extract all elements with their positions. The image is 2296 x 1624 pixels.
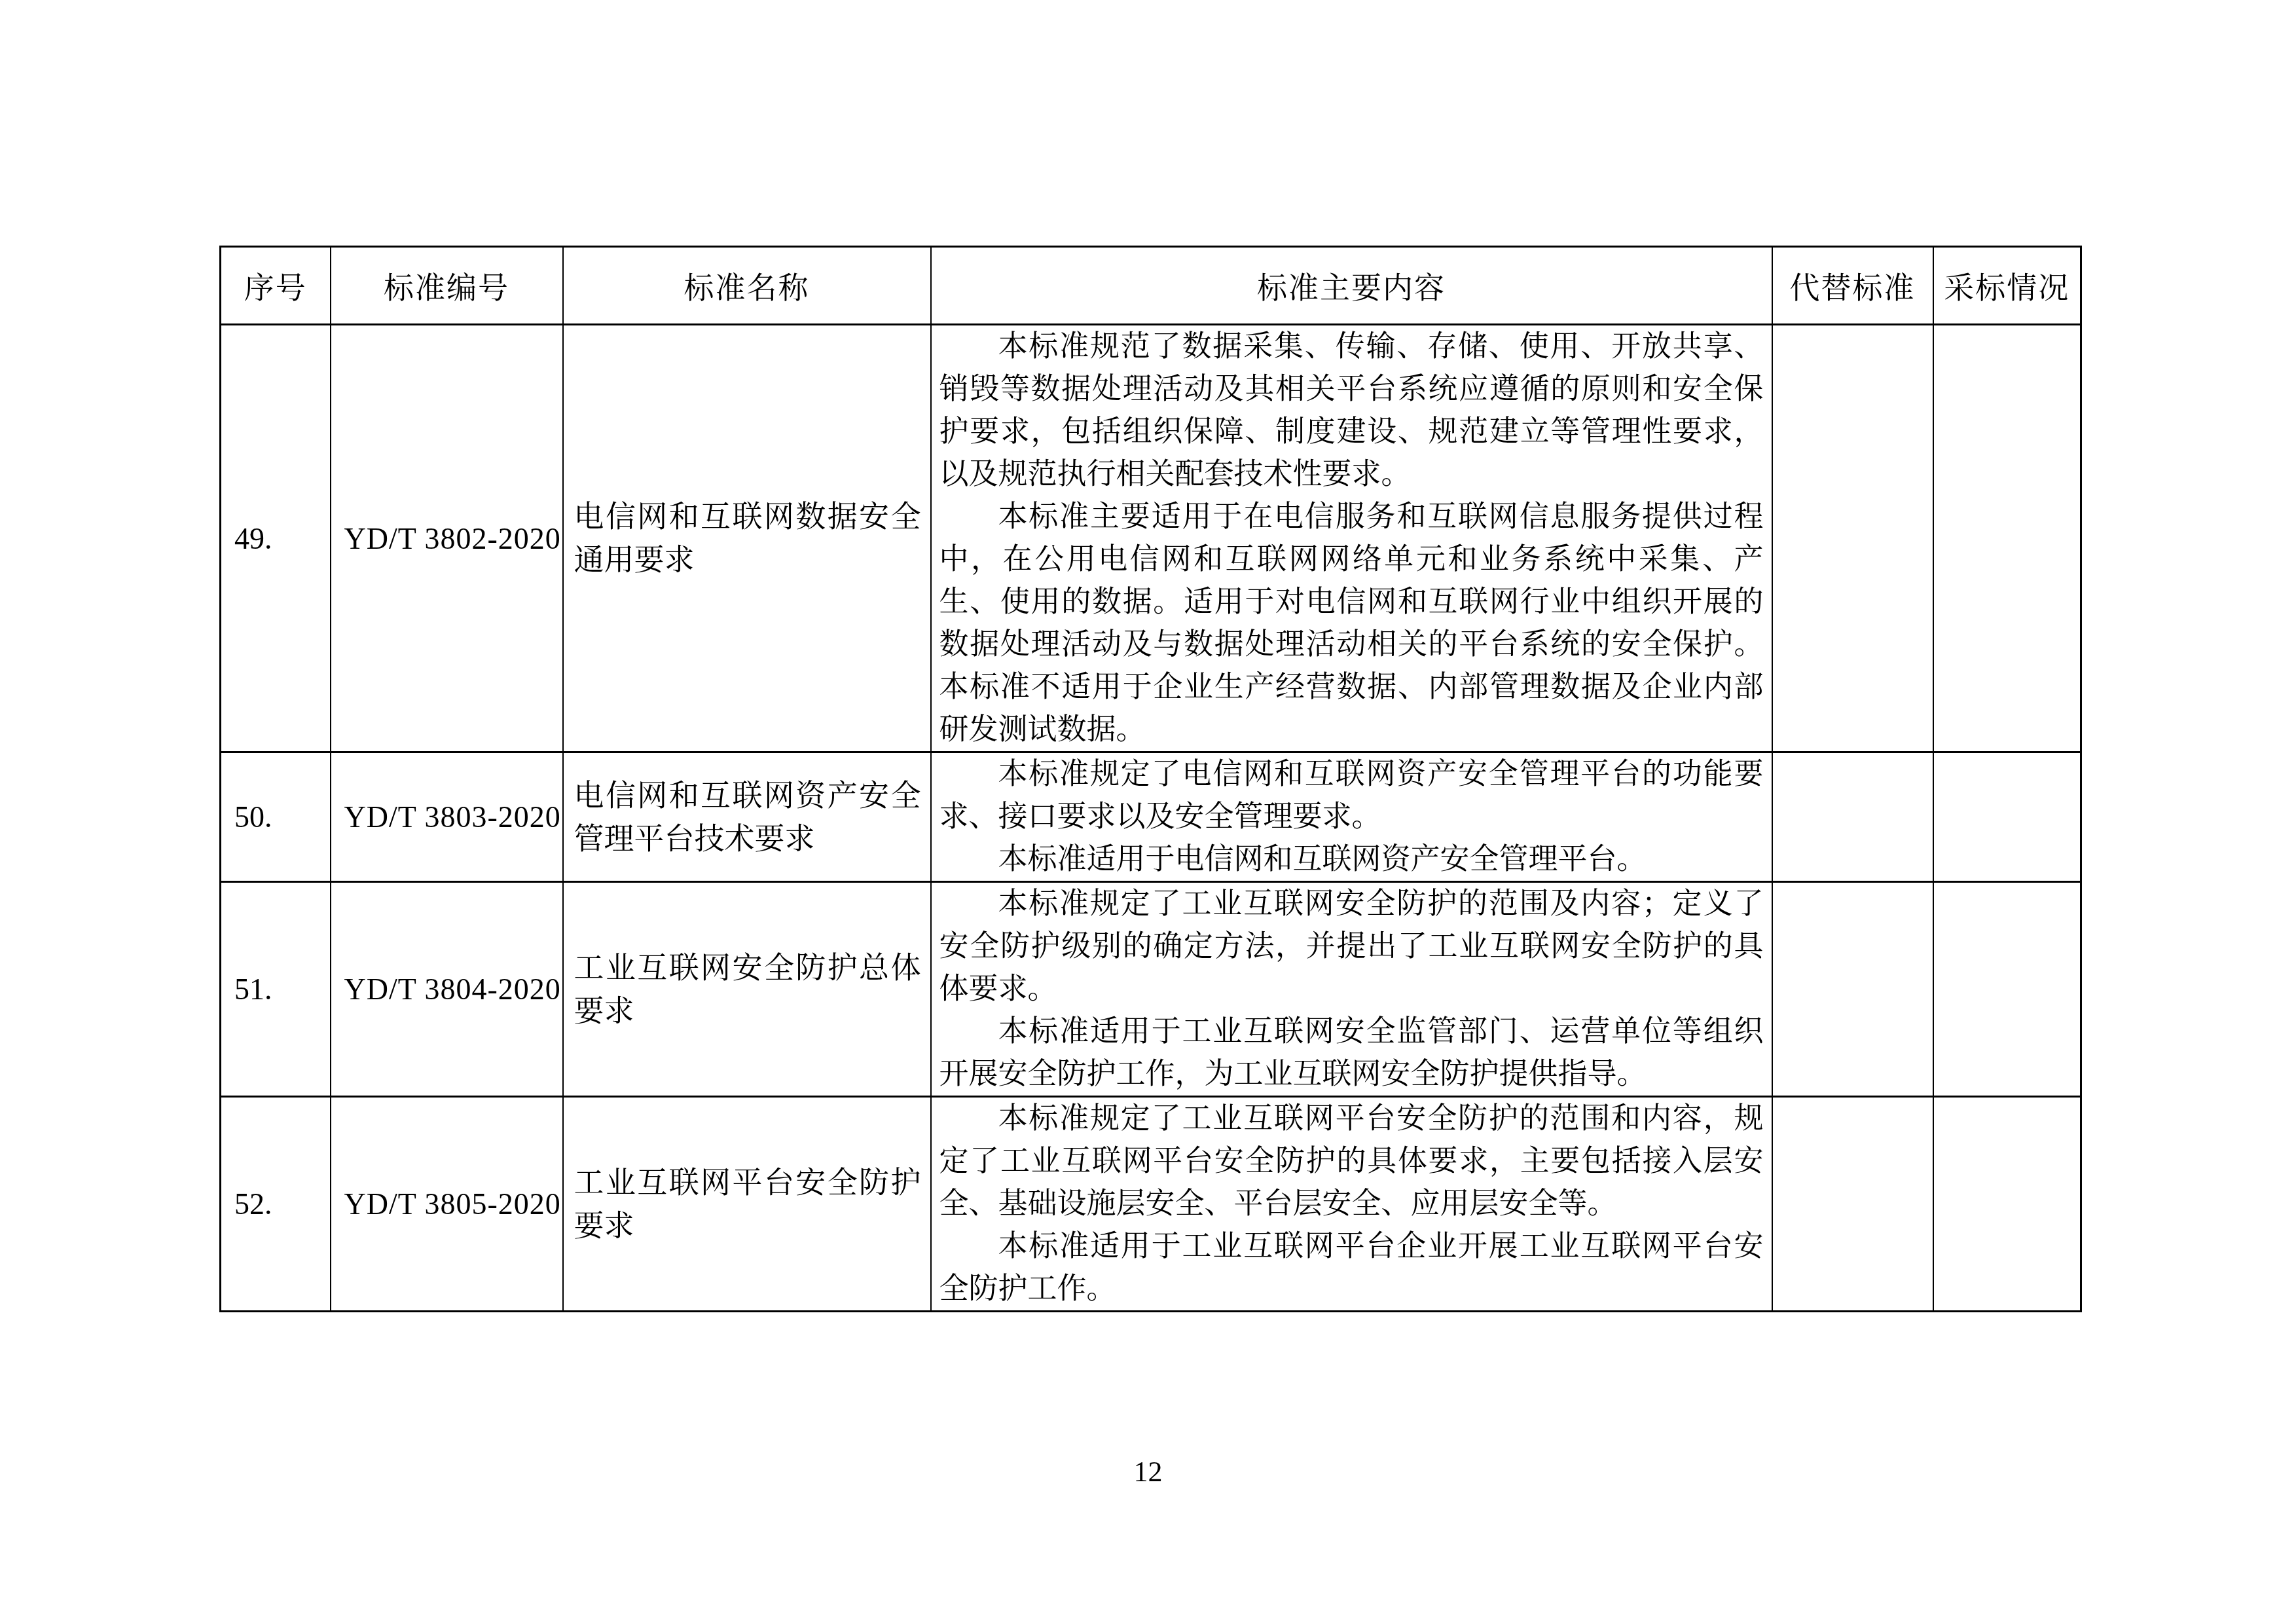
replaced-standard-cell (1772, 325, 1933, 752)
standard-name-cell: 电信网和互联网数据安全通用要求 (563, 325, 931, 752)
standard-content-cell: 本标准规定了电信网和互联网资产安全管理平台的功能要求、接口要求以及安全管理要求。… (931, 752, 1772, 882)
adoption-status-cell (1933, 882, 2081, 1097)
standard-code-cell: YD/T 3802-2020 (331, 325, 563, 752)
standard-code-cell: YD/T 3803-2020 (331, 752, 563, 882)
standard-name-cell: 工业互联网安全防护总体要求 (563, 882, 931, 1097)
standard-code-cell: YD/T 3805-2020 (331, 1097, 563, 1312)
table-row: 52. YD/T 3805-2020 工业互联网平台安全防护要求 本标准规定了工… (221, 1097, 2081, 1312)
standard-name-cell: 电信网和互联网资产安全管理平台技术要求 (563, 752, 931, 882)
adoption-status-cell (1933, 1097, 2081, 1312)
content-paragraph: 本标准规定了工业互联网平台安全防护的范围和内容，规定了工业互联网平台安全防护的具… (939, 1098, 1764, 1225)
replaced-standard-cell (1772, 882, 1933, 1097)
table-row: 49. YD/T 3802-2020 电信网和互联网数据安全通用要求 本标准规范… (221, 325, 2081, 752)
col-header-name: 标准名称 (563, 247, 931, 325)
col-header-replaced: 代替标准 (1772, 247, 1933, 325)
content-paragraph: 本标准规定了电信网和互联网资产安全管理平台的功能要求、接口要求以及安全管理要求。 (939, 753, 1764, 838)
standard-content-cell: 本标准规范了数据采集、传输、存储、使用、开放共享、销毁等数据处理活动及其相关平台… (931, 325, 1772, 752)
standard-content-cell: 本标准规定了工业互联网安全防护的范围及内容；定义了安全防护级别的确定方法，并提出… (931, 882, 1772, 1097)
serial-cell: 52. (221, 1097, 331, 1312)
col-header-code: 标准编号 (331, 247, 563, 325)
content-paragraph: 本标准规范了数据采集、传输、存储、使用、开放共享、销毁等数据处理活动及其相关平台… (939, 325, 1764, 496)
content-paragraph: 本标准适用于工业互联网安全监管部门、运营单位等组织开展安全防护工作，为工业互联网… (939, 1010, 1764, 1096)
header-row: 序号 标准编号 标准名称 标准主要内容 代替标准 采标情况 (221, 247, 2081, 325)
col-header-serial: 序号 (221, 247, 331, 325)
adoption-status-cell (1933, 325, 2081, 752)
replaced-standard-cell (1772, 1097, 1933, 1312)
replaced-standard-cell (1772, 752, 1933, 882)
standard-content-cell: 本标准规定了工业互联网平台安全防护的范围和内容，规定了工业互联网平台安全防护的具… (931, 1097, 1772, 1312)
table-row: 51. YD/T 3804-2020 工业互联网安全防护总体要求 本标准规定了工… (221, 882, 2081, 1097)
standard-name-cell: 工业互联网平台安全防护要求 (563, 1097, 931, 1312)
table-header-row: 序号 标准编号 标准名称 标准主要内容 代替标准 采标情况 (221, 247, 2081, 325)
col-header-adoption: 采标情况 (1933, 247, 2081, 325)
content-paragraph: 本标准主要适用于在电信服务和互联网信息服务提供过程中，在公用电信网和互联网网络单… (939, 496, 1764, 751)
content-paragraph: 本标准适用于工业互联网平台企业开展工业互联网平台安全防护工作。 (939, 1225, 1764, 1310)
adoption-status-cell (1933, 752, 2081, 882)
page-number: 12 (0, 1455, 2296, 1488)
serial-cell: 49. (221, 325, 331, 752)
standard-code-cell: YD/T 3804-2020 (331, 882, 563, 1097)
table-row: 50. YD/T 3803-2020 电信网和互联网资产安全管理平台技术要求 本… (221, 752, 2081, 882)
serial-cell: 50. (221, 752, 331, 882)
col-header-content: 标准主要内容 (931, 247, 1772, 325)
serial-cell: 51. (221, 882, 331, 1097)
content-paragraph: 本标准规定了工业互联网安全防护的范围及内容；定义了安全防护级别的确定方法，并提出… (939, 883, 1764, 1010)
content-paragraph: 本标准适用于电信网和互联网资产安全管理平台。 (939, 838, 1764, 881)
standards-table: 序号 标准编号 标准名称 标准主要内容 代替标准 采标情况 49. YD/T 3… (219, 246, 2082, 1312)
document-page: 序号 标准编号 标准名称 标准主要内容 代替标准 采标情况 49. YD/T 3… (0, 0, 2296, 1624)
